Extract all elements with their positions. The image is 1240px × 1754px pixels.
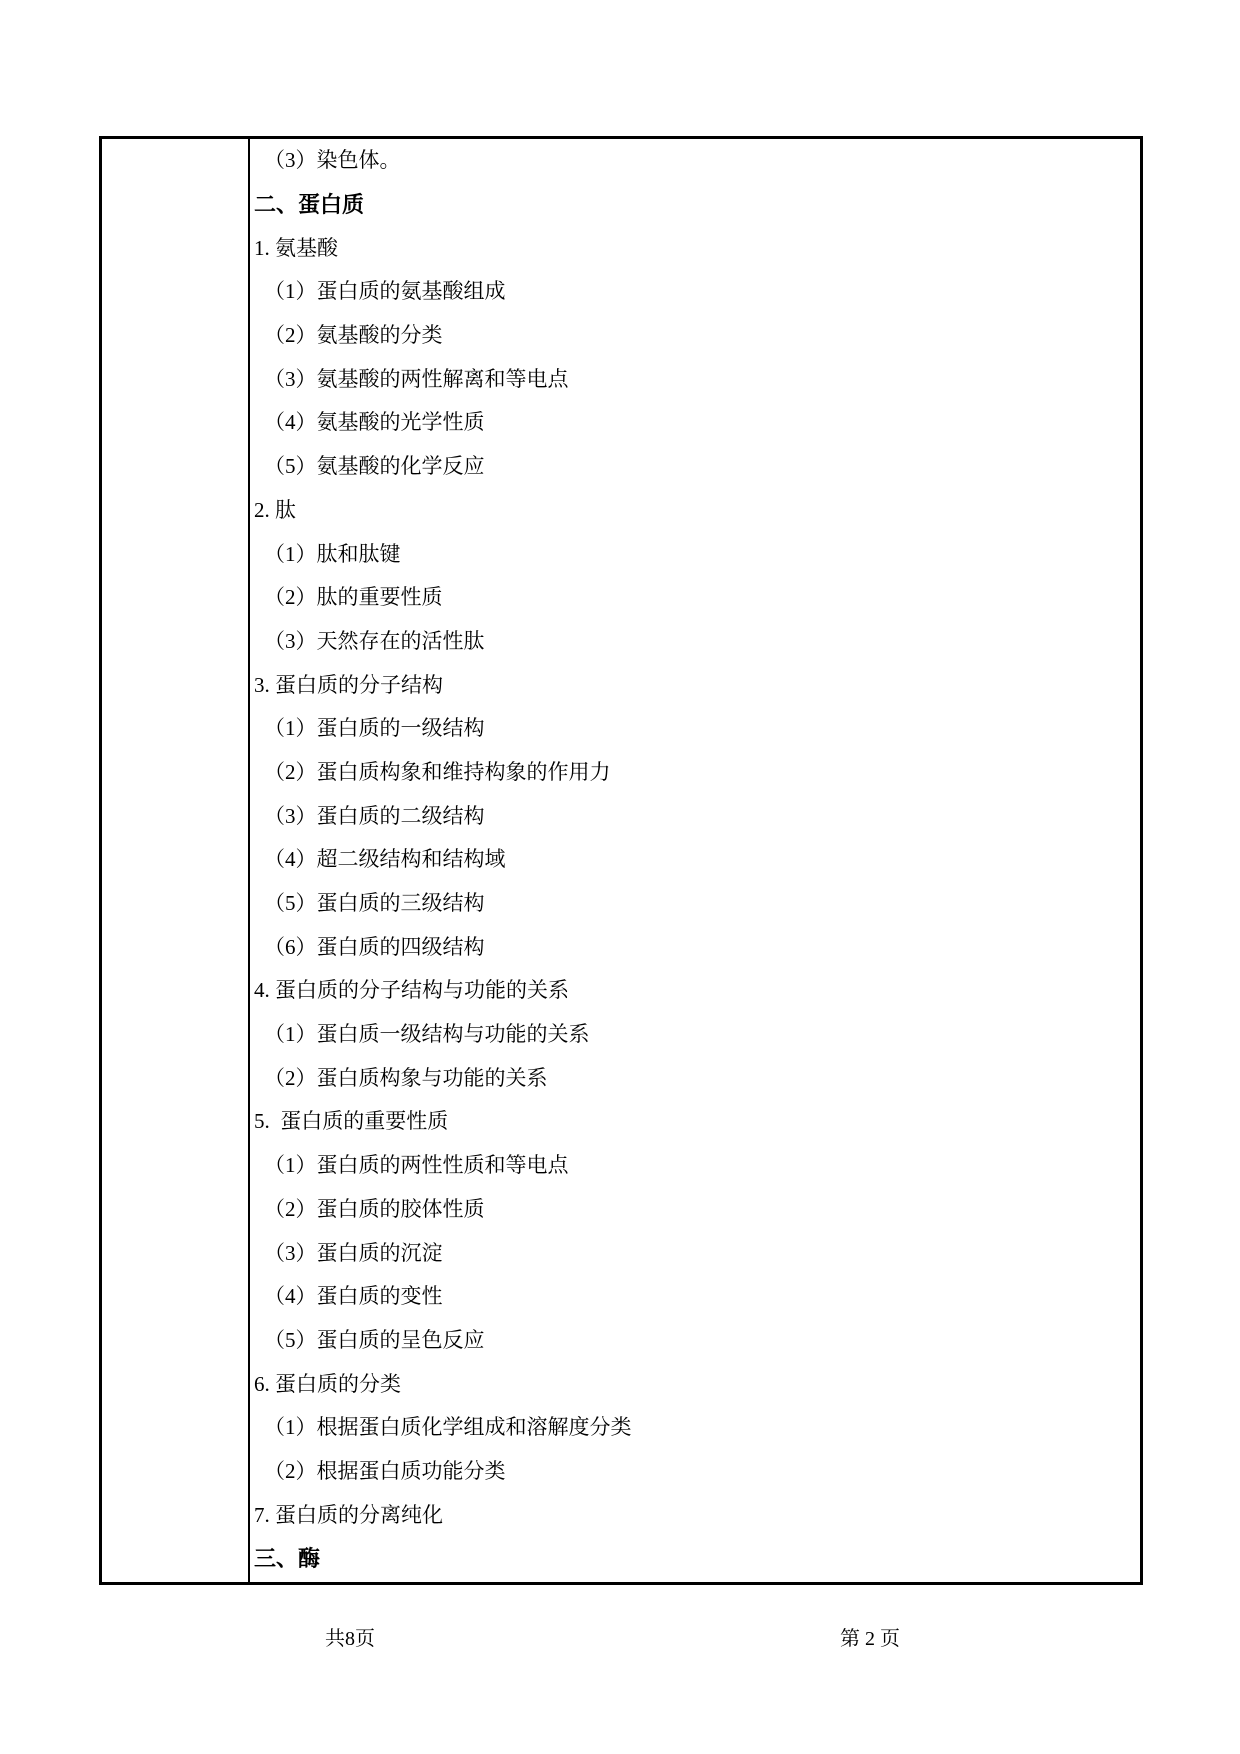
content-table: （3）染色体。二、蛋白质1. 氨基酸（1）蛋白质的氨基酸组成（2）氨基酸的分类（…	[99, 136, 1143, 1585]
outline-item: （2）蛋白质构象与功能的关系	[254, 1056, 1132, 1100]
section-heading: 二、蛋白质	[254, 183, 1132, 227]
outline-item: （3）染色体。	[254, 139, 1132, 183]
document-page: （3）染色体。二、蛋白质1. 氨基酸（1）蛋白质的氨基酸组成（2）氨基酸的分类（…	[0, 0, 1240, 1754]
outline-item: （4）蛋白质的变性	[254, 1275, 1132, 1319]
outline-item: （6）蛋白质的四级结构	[254, 925, 1132, 969]
outline-item: （1）蛋白质的氨基酸组成	[254, 270, 1132, 314]
outline-item: （1）蛋白质的一级结构	[254, 707, 1132, 751]
outline-item: 3. 蛋白质的分子结构	[254, 663, 1132, 707]
table-right-column: （3）染色体。二、蛋白质1. 氨基酸（1）蛋白质的氨基酸组成（2）氨基酸的分类（…	[250, 139, 1140, 1582]
outline-item: 4. 蛋白质的分子结构与功能的关系	[254, 969, 1132, 1013]
outline-item: 2. 肽	[254, 489, 1132, 533]
outline-item: 6. 蛋白质的分类	[254, 1362, 1132, 1406]
table-left-column	[102, 139, 250, 1582]
outline-item: （2）根据蛋白质功能分类	[254, 1450, 1132, 1494]
outline-item: （2）蛋白质的胶体性质	[254, 1188, 1132, 1232]
outline-item: （1）肽和肽键	[254, 532, 1132, 576]
outline-item: （1）蛋白质的两性性质和等电点	[254, 1144, 1132, 1188]
outline-item: 5. 蛋白质的重要性质	[254, 1100, 1132, 1144]
footer-current-page: 第 2 页	[840, 1622, 900, 1651]
section-heading: 三、酶	[254, 1537, 1132, 1581]
outline-item: （2）蛋白质构象和维持构象的作用力	[254, 751, 1132, 795]
footer-total-pages: 共8页	[325, 1622, 375, 1651]
outline-item: （4）超二级结构和结构域	[254, 838, 1132, 882]
outline-item: （3）蛋白质的二级结构	[254, 794, 1132, 838]
outline-item: 1. 氨基酸	[254, 226, 1132, 270]
outline-item: （5）氨基酸的化学反应	[254, 445, 1132, 489]
outline-item: （1）蛋白质一级结构与功能的关系	[254, 1013, 1132, 1057]
outline-item: 7. 蛋白质的分离纯化	[254, 1493, 1132, 1537]
outline-item: （5）蛋白质的呈色反应	[254, 1319, 1132, 1363]
outline-item: （3）蛋白质的沉淀	[254, 1231, 1132, 1275]
outline-item: （3）天然存在的活性肽	[254, 620, 1132, 664]
outline-item: （2）氨基酸的分类	[254, 314, 1132, 358]
outline-item: （5）蛋白质的三级结构	[254, 882, 1132, 926]
outline-item: （2）肽的重要性质	[254, 576, 1132, 620]
outline-item: （1）根据蛋白质化学组成和溶解度分类	[254, 1406, 1132, 1450]
outline-item: （3）氨基酸的两性解离和等电点	[254, 357, 1132, 401]
outline-item: （4）氨基酸的光学性质	[254, 401, 1132, 445]
